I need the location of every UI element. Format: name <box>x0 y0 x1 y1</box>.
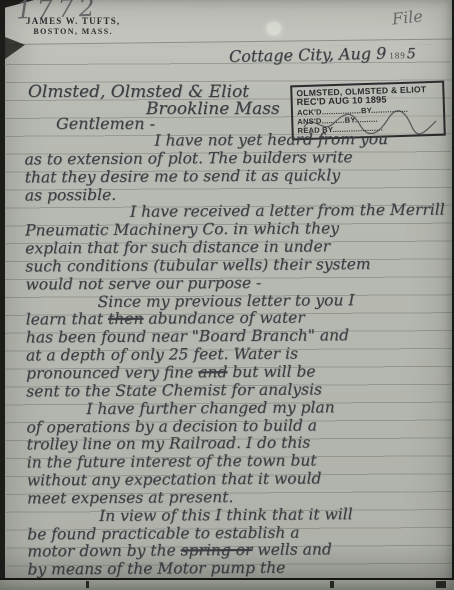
edge-mark <box>330 581 334 588</box>
letterhead-name: JAMES W. TUFTS, <box>26 15 120 27</box>
handwritten-text: at a depth of only 25 feet. Water is <box>26 345 298 365</box>
handwritten-text: Pneumatic Machinery Co. in which they <box>25 220 339 240</box>
handwritten-text: but will be <box>227 362 315 381</box>
handwritten-text: I have not yet heard from you <box>154 130 388 150</box>
handwritten-line: by means of the Motor pump the <box>27 559 451 580</box>
handwritten-text: as possible. <box>25 185 116 204</box>
dateline-year-digit: 5 <box>407 46 416 62</box>
handwritten-text: would not serve our purpose - <box>25 274 261 294</box>
handwritten-text: without any expectation that it would <box>27 469 322 489</box>
handwritten-text: In view of this I think that it will <box>99 505 353 525</box>
edge-mark <box>86 581 89 588</box>
hole-punch-spot <box>267 22 281 35</box>
handwritten-text: I have further changed my plan <box>86 398 334 418</box>
handwritten-text: Since my previous letter to you I <box>98 291 355 311</box>
handwritten-text: by means of the Motor pump the <box>27 559 285 579</box>
handwritten-text: pronounced very fine <box>26 363 198 382</box>
handwritten-text: explain that for such distance in under <box>25 237 330 257</box>
dateline: Cottage City, Aug 9 189 5 <box>229 43 416 66</box>
handwritten-text: learn that <box>26 310 108 329</box>
letterhead-city: BOSTON, MASS. <box>26 27 120 38</box>
handwritten-text: abundance of water <box>143 309 304 328</box>
dateline-place-day: Cottage City, Aug 9 <box>229 44 387 66</box>
recipient-city: Brookline Mass <box>146 99 280 119</box>
struck-word: then <box>108 310 143 328</box>
handwritten-text: of operations by a decision to build a <box>26 416 317 436</box>
handwritten-text: such conditions (tubular wells) their sy… <box>25 255 370 275</box>
struck-word: spring or <box>181 541 253 560</box>
handwritten-text: that they desire me to send it as quickl… <box>25 166 340 186</box>
struck-word: and <box>198 363 227 381</box>
next-page-edge <box>0 578 454 590</box>
file-note: File <box>391 6 424 28</box>
handwritten-text: meet expenses at present. <box>27 488 233 507</box>
handwritten-text: sent to the State Chemist for analysis <box>26 380 322 400</box>
handwritten-text: motor down by the <box>27 542 180 561</box>
salutation: Gentlemen - <box>56 114 155 133</box>
handwritten-text: wells and <box>252 541 331 560</box>
handwritten-text: be found practicable to establish a <box>27 523 299 543</box>
handwritten-text: I have received a letter from the Merril… <box>130 201 445 221</box>
handwritten-text: has been found near "Board Branch" and <box>26 327 349 347</box>
edge-mark <box>436 581 446 588</box>
scanned-letter-page: 1772 JAMES W. TUFTS, BOSTON, MASS. File … <box>0 0 454 590</box>
letterhead: JAMES W. TUFTS, BOSTON, MASS. <box>26 15 120 38</box>
handwritten-text: in the future interest of the town but <box>27 452 317 472</box>
dateline-printed-year: 189 <box>389 50 406 60</box>
handwritten-text: trolley line on my Railroad. I do this <box>27 434 311 454</box>
letter-body: I have not yet heard from youas to exten… <box>24 131 451 580</box>
